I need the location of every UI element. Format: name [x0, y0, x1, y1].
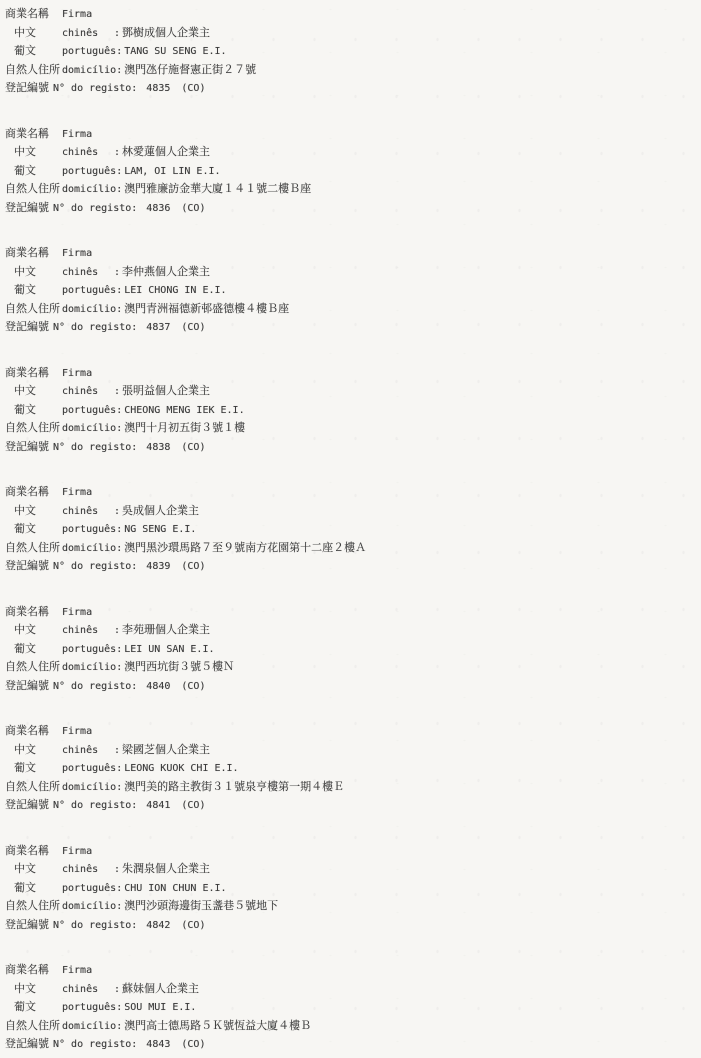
portuguese-name-row: 葡文 português : CHU ION CHUN E.I.	[5, 879, 701, 898]
chinese-label-zh: 中文	[5, 382, 62, 401]
domicile-value: 澳門雅廉訪金華大廈１４１號二樓Ｂ座	[124, 180, 311, 199]
colon-separator: :	[116, 301, 124, 320]
registration-suffix: (CO)	[181, 319, 205, 338]
registry-entry: 商業名稱 Firma 中文 chinês : 李仲燕個人企業主 葡文 portu…	[5, 244, 701, 337]
registration-suffix: (CO)	[181, 1036, 205, 1055]
domicile-label-zh: 自然人住所	[5, 778, 62, 797]
registration-number-value: 4842	[146, 917, 170, 936]
domicile-row: 自然人住所 domicílio : 澳門十月初五街３號１樓	[5, 419, 701, 438]
chinese-label-zh: 中文	[5, 24, 62, 43]
portuguese-name-row: 葡文 português : NG SENG E.I.	[5, 520, 701, 539]
business-name-label-pt: Firma	[62, 126, 92, 145]
chinese-label-zh: 中文	[5, 980, 62, 999]
domicile-row: 自然人住所 domicílio : 澳門黑沙環馬路７至９號南方花園第十二座２樓Ａ	[5, 539, 701, 558]
chinese-name-value: 吳成個人企業主	[122, 502, 199, 521]
business-name-row: 商業名稱 Firma	[5, 5, 701, 24]
colon-separator: :	[114, 981, 122, 1000]
portuguese-name-value: NG SENG E.I.	[124, 521, 196, 540]
portuguese-label-pt: português	[62, 163, 116, 182]
registry-entry: 商業名稱 Firma 中文 chinês : 朱潤泉個人企業主 葡文 portu…	[5, 842, 701, 935]
registration-number-row: 登記編號 N° do registo: 4836 (CO)	[5, 199, 701, 218]
registration-suffix: (CO)	[181, 678, 205, 697]
colon-separator: :	[114, 25, 122, 44]
chinese-name-row: 中文 chinês : 鄧樹成個人企業主	[5, 24, 701, 43]
registration-suffix: (CO)	[181, 917, 205, 936]
domicile-label-pt: domicílio	[62, 301, 116, 320]
portuguese-label-pt: português	[62, 282, 116, 301]
domicile-value: 澳門青洲福德新邨盛德樓４樓Ｂ座	[124, 300, 289, 319]
colon-separator: :	[116, 521, 124, 540]
colon-separator: :	[116, 880, 124, 899]
business-name-row: 商業名稱 Firma	[5, 603, 701, 622]
registration-label-zh: 登記編號	[5, 677, 53, 696]
domicile-label-pt: domicílio	[62, 659, 116, 678]
domicile-row: 自然人住所 domicílio : 澳門氹仔施督憲正街２７號	[5, 61, 701, 80]
portuguese-label-pt: português	[62, 880, 116, 899]
registry-entry: 商業名稱 Firma 中文 chinês : 吳成個人企業主 葡文 portug…	[5, 483, 701, 576]
business-name-label-pt: Firma	[62, 843, 92, 862]
domicile-row: 自然人住所 domicílio : 澳門雅廉訪金華大廈１４１號二樓Ｂ座	[5, 180, 701, 199]
domicile-label-pt: domicílio	[62, 420, 116, 439]
registration-label-pt: N° do registo:	[53, 80, 137, 99]
registration-label-pt: N° do registo:	[53, 678, 137, 697]
chinese-name-value: 蘇妹個人企業主	[122, 980, 199, 999]
colon-separator: :	[116, 420, 124, 439]
portuguese-label-zh: 葡文	[5, 162, 62, 181]
business-name-label-zh: 商業名稱	[5, 244, 62, 263]
registry-entry: 商業名稱 Firma 中文 chinês : 張明益個人企業主 葡文 portu…	[5, 364, 701, 457]
chinese-label-pt: chinês	[62, 503, 114, 522]
registration-label-zh: 登記編號	[5, 199, 53, 218]
chinese-label-pt: chinês	[62, 25, 114, 44]
domicile-value: 澳門高士德馬路５Ｋ號恆益大廈４樓Ｂ	[124, 1017, 311, 1036]
chinese-label-zh: 中文	[5, 741, 62, 760]
portuguese-name-value: LEONG KUOK CHI E.I.	[124, 760, 238, 779]
registration-label-pt: N° do registo:	[53, 1036, 137, 1055]
colon-separator: :	[116, 163, 124, 182]
colon-separator: :	[116, 62, 124, 81]
registration-number-row: 登記編號 N° do registo: 4838 (CO)	[5, 438, 701, 457]
registration-label-pt: N° do registo:	[53, 558, 137, 577]
colon-separator: :	[116, 779, 124, 798]
registration-number-row: 登記編號 N° do registo: 4843 (CO)	[5, 1035, 701, 1054]
domicile-label-zh: 自然人住所	[5, 61, 62, 80]
chinese-name-value: 林愛蓮個人企業主	[122, 143, 210, 162]
business-name-label-pt: Firma	[62, 962, 92, 981]
business-name-label-pt: Firma	[62, 723, 92, 742]
registration-label-zh: 登記編號	[5, 79, 53, 98]
registration-number-value: 4838	[146, 439, 170, 458]
registration-number-row: 登記編號 N° do registo: 4842 (CO)	[5, 916, 701, 935]
colon-separator: :	[116, 402, 124, 421]
domicile-row: 自然人住所 domicílio : 澳門西坑街３號５樓Ｎ	[5, 658, 701, 677]
business-name-label-zh: 商業名稱	[5, 483, 62, 502]
registry-entry: 商業名稱 Firma 中文 chinês : 梁國芝個人企業主 葡文 portu…	[5, 722, 701, 815]
registration-number-value: 4836	[146, 200, 170, 219]
domicile-value: 澳門氹仔施督憲正街２７號	[124, 61, 256, 80]
registration-suffix: (CO)	[181, 439, 205, 458]
chinese-name-value: 張明益個人企業主	[122, 382, 210, 401]
portuguese-name-value: SOU MUI E.I.	[124, 999, 196, 1018]
portuguese-name-row: 葡文 português : LEI UN SAN E.I.	[5, 640, 701, 659]
registration-number-value: 4840	[146, 678, 170, 697]
chinese-label-pt: chinês	[62, 861, 114, 880]
portuguese-label-zh: 葡文	[5, 759, 62, 778]
registry-entry: 商業名稱 Firma 中文 chinês : 林愛蓮個人企業主 葡文 portu…	[5, 125, 701, 218]
business-name-row: 商業名稱 Firma	[5, 961, 701, 980]
chinese-label-zh: 中文	[5, 263, 62, 282]
domicile-value: 澳門十月初五街３號１樓	[124, 419, 245, 438]
portuguese-name-row: 葡文 português : SOU MUI E.I.	[5, 998, 701, 1017]
business-name-label-zh: 商業名稱	[5, 961, 62, 980]
business-name-row: 商業名稱 Firma	[5, 722, 701, 741]
portuguese-label-zh: 葡文	[5, 998, 62, 1017]
registry-entry: 商業名稱 Firma 中文 chinês : 蘇妹個人企業主 葡文 portug…	[5, 961, 701, 1054]
registration-suffix: (CO)	[181, 80, 205, 99]
registration-suffix: (CO)	[181, 797, 205, 816]
portuguese-label-zh: 葡文	[5, 42, 62, 61]
registration-label-pt: N° do registo:	[53, 319, 137, 338]
colon-separator: :	[116, 641, 124, 660]
domicile-label-pt: domicílio	[62, 62, 116, 81]
chinese-name-row: 中文 chinês : 朱潤泉個人企業主	[5, 860, 701, 879]
registration-label-pt: N° do registo:	[53, 439, 137, 458]
portuguese-name-value: LAM, OI LIN E.I.	[124, 163, 220, 182]
portuguese-name-value: LEI UN SAN E.I.	[124, 641, 214, 660]
registration-label-zh: 登記編號	[5, 438, 53, 457]
chinese-name-row: 中文 chinês : 梁國芝個人企業主	[5, 741, 701, 760]
domicile-label-zh: 自然人住所	[5, 897, 62, 916]
colon-separator: :	[116, 43, 124, 62]
colon-separator: :	[114, 503, 122, 522]
colon-separator: :	[116, 999, 124, 1018]
domicile-label-zh: 自然人住所	[5, 539, 62, 558]
registration-number-row: 登記編號 N° do registo: 4837 (CO)	[5, 318, 701, 337]
portuguese-name-value: LEI CHONG IN E.I.	[124, 282, 226, 301]
chinese-label-zh: 中文	[5, 143, 62, 162]
colon-separator: :	[116, 1018, 124, 1037]
business-name-label-zh: 商業名稱	[5, 842, 62, 861]
colon-separator: :	[114, 861, 122, 880]
chinese-name-row: 中文 chinês : 蘇妹個人企業主	[5, 980, 701, 999]
registration-label-pt: N° do registo:	[53, 200, 137, 219]
business-name-row: 商業名稱 Firma	[5, 483, 701, 502]
chinese-name-row: 中文 chinês : 李仲燕個人企業主	[5, 263, 701, 282]
registration-number-value: 4843	[146, 1036, 170, 1055]
chinese-label-zh: 中文	[5, 621, 62, 640]
chinese-name-row: 中文 chinês : 吳成個人企業主	[5, 502, 701, 521]
chinese-label-zh: 中文	[5, 860, 62, 879]
registration-label-zh: 登記編號	[5, 318, 53, 337]
portuguese-label-zh: 葡文	[5, 879, 62, 898]
registration-label-zh: 登記編號	[5, 1035, 53, 1054]
colon-separator: :	[114, 264, 122, 283]
colon-separator: :	[114, 742, 122, 761]
chinese-name-row: 中文 chinês : 林愛蓮個人企業主	[5, 143, 701, 162]
portuguese-name-row: 葡文 português : CHEONG MENG IEK E.I.	[5, 401, 701, 420]
colon-separator: :	[116, 659, 124, 678]
registration-label-pt: N° do registo:	[53, 797, 137, 816]
portuguese-label-zh: 葡文	[5, 520, 62, 539]
chinese-name-value: 朱潤泉個人企業主	[122, 860, 210, 879]
portuguese-label-pt: português	[62, 402, 116, 421]
colon-separator: :	[116, 898, 124, 917]
registration-number-value: 4837	[146, 319, 170, 338]
chinese-label-pt: chinês	[62, 383, 114, 402]
colon-separator: :	[116, 540, 124, 559]
chinese-name-row: 中文 chinês : 張明益個人企業主	[5, 382, 701, 401]
business-name-label-zh: 商業名稱	[5, 364, 62, 383]
domicile-label-pt: domicílio	[62, 181, 116, 200]
registration-number-row: 登記編號 N° do registo: 4839 (CO)	[5, 557, 701, 576]
registry-entry: 商業名稱 Firma 中文 chinês : 鄧樹成個人企業主 葡文 portu…	[5, 5, 701, 98]
registration-number-value: 4841	[146, 797, 170, 816]
business-name-row: 商業名稱 Firma	[5, 244, 701, 263]
domicile-label-zh: 自然人住所	[5, 658, 62, 677]
portuguese-name-row: 葡文 português : LAM, OI LIN E.I.	[5, 162, 701, 181]
business-name-label-zh: 商業名稱	[5, 125, 62, 144]
domicile-label-zh: 自然人住所	[5, 180, 62, 199]
portuguese-label-pt: português	[62, 760, 116, 779]
registry-entry: 商業名稱 Firma 中文 chinês : 李苑珊個人企業主 葡文 portu…	[5, 603, 701, 696]
portuguese-label-pt: português	[62, 641, 116, 660]
business-name-label-pt: Firma	[62, 365, 92, 384]
business-name-label-pt: Firma	[62, 484, 92, 503]
chinese-label-pt: chinês	[62, 622, 114, 641]
portuguese-name-value: CHU ION CHUN E.I.	[124, 880, 226, 899]
colon-separator: :	[114, 144, 122, 163]
business-name-label-pt: Firma	[62, 6, 92, 25]
business-name-label-zh: 商業名稱	[5, 5, 62, 24]
colon-separator: :	[114, 622, 122, 641]
chinese-name-value: 李苑珊個人企業主	[122, 621, 210, 640]
registration-number-row: 登記編號 N° do registo: 4840 (CO)	[5, 677, 701, 696]
domicile-row: 自然人住所 domicílio : 澳門沙頭海邊街玉盞巷５號地下	[5, 897, 701, 916]
chinese-label-pt: chinês	[62, 144, 114, 163]
registration-number-row: 登記編號 N° do registo: 4841 (CO)	[5, 796, 701, 815]
chinese-name-value: 鄧樹成個人企業主	[122, 24, 210, 43]
registration-suffix: (CO)	[181, 200, 205, 219]
chinese-name-value: 梁國芝個人企業主	[122, 741, 210, 760]
domicile-label-pt: domicílio	[62, 779, 116, 798]
colon-separator: :	[116, 760, 124, 779]
registration-label-zh: 登記編號	[5, 557, 53, 576]
business-name-row: 商業名稱 Firma	[5, 364, 701, 383]
business-name-label-pt: Firma	[62, 245, 92, 264]
chinese-label-pt: chinês	[62, 742, 114, 761]
domicile-label-pt: domicílio	[62, 1018, 116, 1037]
business-name-label-zh: 商業名稱	[5, 722, 62, 741]
domicile-row: 自然人住所 domicílio : 澳門高士德馬路５Ｋ號恆益大廈４樓Ｂ	[5, 1017, 701, 1036]
domicile-row: 自然人住所 domicílio : 澳門青洲福德新邨盛德樓４樓Ｂ座	[5, 300, 701, 319]
portuguese-name-row: 葡文 português : TANG SU SENG E.I.	[5, 42, 701, 61]
domicile-value: 澳門黑沙環馬路７至９號南方花園第十二座２樓Ａ	[124, 539, 366, 558]
chinese-name-row: 中文 chinês : 李苑珊個人企業主	[5, 621, 701, 640]
registration-number-row: 登記編號 N° do registo: 4835 (CO)	[5, 79, 701, 98]
colon-separator: :	[114, 383, 122, 402]
business-name-row: 商業名稱 Firma	[5, 125, 701, 144]
portuguese-label-pt: português	[62, 43, 116, 62]
registration-number-value: 4839	[146, 558, 170, 577]
portuguese-name-value: CHEONG MENG IEK E.I.	[124, 402, 244, 421]
business-name-label-pt: Firma	[62, 604, 92, 623]
business-name-label-zh: 商業名稱	[5, 603, 62, 622]
domicile-value: 澳門西坑街３號５樓Ｎ	[124, 658, 234, 677]
portuguese-label-zh: 葡文	[5, 640, 62, 659]
domicile-label-zh: 自然人住所	[5, 419, 62, 438]
portuguese-name-row: 葡文 português : LEONG KUOK CHI E.I.	[5, 759, 701, 778]
chinese-label-pt: chinês	[62, 264, 114, 283]
domicile-label-pt: domicílio	[62, 540, 116, 559]
portuguese-label-pt: português	[62, 999, 116, 1018]
business-name-row: 商業名稱 Firma	[5, 842, 701, 861]
chinese-label-pt: chinês	[62, 981, 114, 1000]
portuguese-name-row: 葡文 português : LEI CHONG IN E.I.	[5, 281, 701, 300]
registration-label-zh: 登記編號	[5, 916, 53, 935]
registration-suffix: (CO)	[181, 558, 205, 577]
registration-label-zh: 登記編號	[5, 796, 53, 815]
portuguese-name-value: TANG SU SENG E.I.	[124, 43, 226, 62]
registration-number-value: 4835	[146, 80, 170, 99]
registry-list: 商業名稱 Firma 中文 chinês : 鄧樹成個人企業主 葡文 portu…	[5, 5, 701, 1054]
domicile-label-zh: 自然人住所	[5, 1017, 62, 1036]
chinese-name-value: 李仲燕個人企業主	[122, 263, 210, 282]
colon-separator: :	[116, 282, 124, 301]
portuguese-label-zh: 葡文	[5, 401, 62, 420]
registry-page: 商業名稱 Firma 中文 chinês : 鄧樹成個人企業主 葡文 portu…	[0, 0, 701, 1054]
chinese-label-zh: 中文	[5, 502, 62, 521]
registration-label-pt: N° do registo:	[53, 917, 137, 936]
domicile-row: 自然人住所 domicílio : 澳門美的路主教街３１號泉亨樓第一期４樓Ｅ	[5, 778, 701, 797]
domicile-label-pt: domicílio	[62, 898, 116, 917]
domicile-value: 澳門沙頭海邊街玉盞巷５號地下	[124, 897, 278, 916]
domicile-value: 澳門美的路主教街３１號泉亨樓第一期４樓Ｅ	[124, 778, 344, 797]
colon-separator: :	[116, 181, 124, 200]
portuguese-label-pt: português	[62, 521, 116, 540]
portuguese-label-zh: 葡文	[5, 281, 62, 300]
domicile-label-zh: 自然人住所	[5, 300, 62, 319]
